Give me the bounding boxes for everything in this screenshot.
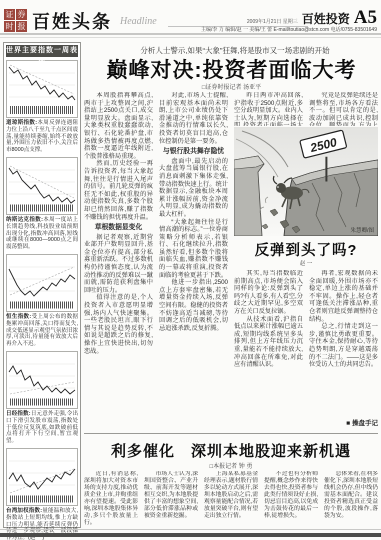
brand-name: 百姓投资 [302, 10, 350, 27]
line-chart-graphic [7, 158, 77, 214]
chart-caption: 纳斯达克指数:本周一度站上长期趋势线,科技股业绩预期出现分化,指数冲高回落,短线… [6, 217, 78, 251]
taiwan-chart [6, 448, 78, 506]
cartoon-graphic: 2500 朱慧卿/图 [234, 127, 378, 236]
bottom-column-5: 总体来看,在利多催化下,深圳本地股短线机会仍存,但中线仍需基本面配合。建议投资者… [324, 471, 378, 529]
newspaper-page: 证 券 时 报 百姓头条 Headline 2009年1月21日 星期三 百姓投… [0, 0, 381, 540]
index-chart-card: 恒生指数:受上周公布的数据拖累冲高回落,关口得而复失,成交低迷显示观望气氛依旧浓… [6, 254, 78, 348]
body-paragraph: 上海某私募基金经理表示,题材股行情多以轮动方式展开,深圳本地股启动之后,需观察量… [204, 471, 258, 520]
masthead-rule-thick [0, 33, 381, 35]
body-paragraph: 总体来看,在利多催化下,深圳本地股短线机会仍存,但中线仍需基本面配合。建议投资者… [324, 471, 378, 520]
section-title: 百姓头条 [32, 8, 112, 34]
index-chart-card: 台湾加权指数:量能温和放大,指数站上短期均线,惟上方缺口压力明显,能否延续反弹仍… [6, 448, 78, 540]
body-paragraph: 盘面中,最先启动的大盘蓝筹当属银行股,在消息面刺激下集体走强,带动指数快速上行。… [159, 158, 228, 219]
body-paragraph: 然而,历史经验一再告诉投资者,每当大象起舞,往往是行情进入尾声的信号。前几轮反弹… [84, 160, 153, 221]
body-paragraph: 值得注意的是,个人投资者入市意愿明显增强,场内人气快速聚集。一些老股民坦言,眼下… [84, 294, 153, 355]
index-name: 日经指数: [6, 411, 31, 417]
lead-column-4-top: 究竟是反弹延续还是调整将至,市场各方看法不一。但可以肯定的是,波动加剧已成共识,… [309, 92, 378, 126]
body-paragraph: 近日,有消息称,深圳将加大对资本市场的支持力度,推动优质企业上市,并购重组亦有望… [84, 471, 138, 527]
body-paragraph: 对此,市场人士提醒,目前宏观基本面尚未明朗,上市公司业绩仍处下滑通道之中,单纯依… [159, 92, 228, 145]
index-name: 恒生指数: [6, 314, 31, 320]
body-paragraph: 昨日两市冲高回落,沪指收于2500点附近,多空分歧明显加大。业内人士认为,短期方… [234, 92, 303, 126]
logo-char: 券 [16, 9, 27, 20]
nikkei-chart [6, 351, 78, 409]
logo-char: 时 [4, 21, 15, 32]
hang-seng-chart [6, 254, 78, 312]
body-paragraph: 从技术面看,沪指自低点以来累计涨幅已逾五成,短期均线系统呈多头排列,但上方年线压… [234, 316, 303, 369]
body-paragraph: 其实,每当指数临近前期高点,市场便会陷入同样的争论:反弹到头了吗?有人看多,有人… [234, 270, 303, 316]
chart-caption: 日经指数:日元意外走强,令出口下滑引发股市震荡,指数处于低位反复筑底,如跌破前低… [6, 411, 78, 445]
date-line: 2009年1月21日 星期三 [247, 18, 298, 25]
body-paragraph: 究竟是反弹延续还是调整将至,市场各方看法不一。但可以肯定的是,波动加剧已成共识,… [309, 92, 378, 126]
page-bottom-bar [0, 533, 381, 537]
sidebar-title: 世界主要指数一周表现 [6, 45, 78, 57]
inline-subhead: 草根数据显变化 [84, 224, 153, 232]
page-bottom-rule [0, 529, 381, 530]
editorial-cartoon: 2500 朱慧卿/图 [234, 127, 378, 236]
lead-column-1: 本周股指再攀高点,两市于上攻整固之间,沪指站上2500点关口,成交量明显放大。盘… [84, 92, 153, 428]
masthead-rule-thin [0, 37, 381, 38]
index-chart-card: 纳斯达克指数:本周一度站上长期趋势线,科技股业绩预期出现分化,指数冲高回落,短线… [6, 157, 78, 251]
line-chart-graphic [7, 449, 77, 505]
cartoon-credit: 朱慧卿/图 [350, 226, 374, 234]
lead-headline: 巅峰对决:投资者面临大考 [85, 54, 378, 84]
index-name: 道琼斯指数: [6, 120, 37, 126]
column-signoff: ■ 操盘手记 [300, 418, 378, 427]
article-divider [84, 433, 378, 434]
bottom-column-4: 不过也有分析师提醒,概念炒作来得快去得也快,投资者参与此类行情须设好止损,切忌盲… [264, 471, 318, 529]
staff-credits: 主编/李 力 编辑/赵 一 美编/王 蕾 E-mail/toutiao@stcn… [201, 26, 377, 33]
line-chart-graphic [7, 255, 77, 311]
section-subtitle: Headline [120, 16, 157, 27]
logo-char: 证 [4, 9, 15, 20]
bottom-byline: □本报记者 钟 勇 [84, 461, 378, 470]
line-chart-graphic [7, 352, 77, 408]
index-name: 台湾加权指数: [6, 508, 42, 514]
world-indices-sidebar: 世界主要指数一周表现 道琼斯指数:本周反弹连遇阻力位上沿八千至九千点区间震荡,量… [3, 42, 81, 528]
bottom-column-1: 近日,有消息称,深圳将加大对资本市场的支持力度,推动优质企业上市,并购重组亦有望… [84, 471, 138, 529]
bottom-headline: 利多催化 深圳本地股迎来新机遇 [84, 440, 378, 461]
body-paragraph: “大象起舞往往是行情高潮的标志。”一位券商策略分析师表示,若银行、石化继续拉升,… [159, 219, 228, 280]
nasdaq-chart [6, 157, 78, 215]
body-paragraph: 总之,行情走到这一步,谨慎比勇敢更重要。守住本金,保持耐心,等待趋势明朗,方是穿… [309, 323, 378, 369]
logo-char: 报 [16, 21, 27, 32]
lead-byline: □证券时报记者 汤亚平 [85, 82, 378, 91]
bottom-column-3: 上海某私募基金经理表示,题材股行情多以轮动方式展开,深圳本地股启动之后,需观察量… [204, 471, 258, 529]
body-paragraph: 据记者观察,近期营业部开户数明显回升,基金仓位亦有提高,部分私募重新活跃。不过多… [84, 234, 153, 295]
masthead-logo: 证 券 时 报 [4, 9, 27, 32]
inline-subhead: 与银行股共舞存隐忧 [159, 148, 228, 156]
line-chart-graphic [7, 61, 77, 117]
body-paragraph: 他进一步指出,2500点上方套牢盘密集,若无增量资金持续入场,反弹空间有限。稳健… [159, 279, 228, 332]
opinion-headline: 反弹到头了吗? [234, 239, 378, 260]
body-paragraph: 本周股指再攀高点,两市于上攻整固之间,沪指站上2500点关口,成交量明显放大。盘… [84, 92, 153, 160]
opinion-byline: 赵 一 [234, 259, 378, 267]
bottom-column-2: 市场人士认为,深圳国资整合、产业升级、前海开发等题材相互交织,为本地股提供了丰富… [144, 471, 198, 529]
opinion-column-2: 再者,宏观数据尚未全面回暖,外围市场亦不稳定,单边上涨的基础并不牢固。操作上,轻… [309, 270, 378, 418]
body-paragraph: 市场人士认为,深圳国资整合、产业升级、前海开发等题材相互交织,为本地股提供了丰富… [144, 471, 198, 520]
chart-caption: 道琼斯指数:本周反弹连遇阻力位上沿八千至九千点区间震荡,量能持续萎缩,始终不敢放… [6, 120, 78, 154]
lead-column-3-top: 昨日两市冲高回落,沪指收于2500点附近,多空分歧明显加大。业内人士认为,短期方… [234, 92, 303, 126]
opinion-column-1: 其实,每当指数临近前期高点,市场便会陷入同样的争论:反弹到头了吗?有人看多,有人… [234, 270, 303, 418]
chart-caption: 恒生指数:受上周公布的数据拖累冲高回落,关口得而复失,成交低迷显示观望气氛依旧浓… [6, 314, 78, 348]
index-name: 纳斯达克指数: [6, 217, 43, 223]
body-paragraph: 不过也有分析师提醒,概念炒作来得快去得也快,投资者参与此类行情须设好止损,切忌盲… [264, 471, 318, 520]
index-chart-card: 日经指数:日元意外走强,令出口下滑引发股市震荡,指数处于低位反复筑底,如跌破前低… [6, 351, 78, 445]
lead-column-2: 对此,市场人士提醒,目前宏观基本面尚未明朗,上市公司业绩仍处下滑通道之中,单纯依… [159, 92, 228, 428]
body-paragraph: 再者,宏观数据尚未全面回暖,外围市场亦不稳定,单边上涨的基础并不牢固。操作上,轻… [309, 270, 378, 323]
index-chart-card: 道琼斯指数:本周反弹连遇阻力位上沿八千至九千点区间震荡,量能持续萎缩,始终不敢放… [6, 60, 78, 154]
